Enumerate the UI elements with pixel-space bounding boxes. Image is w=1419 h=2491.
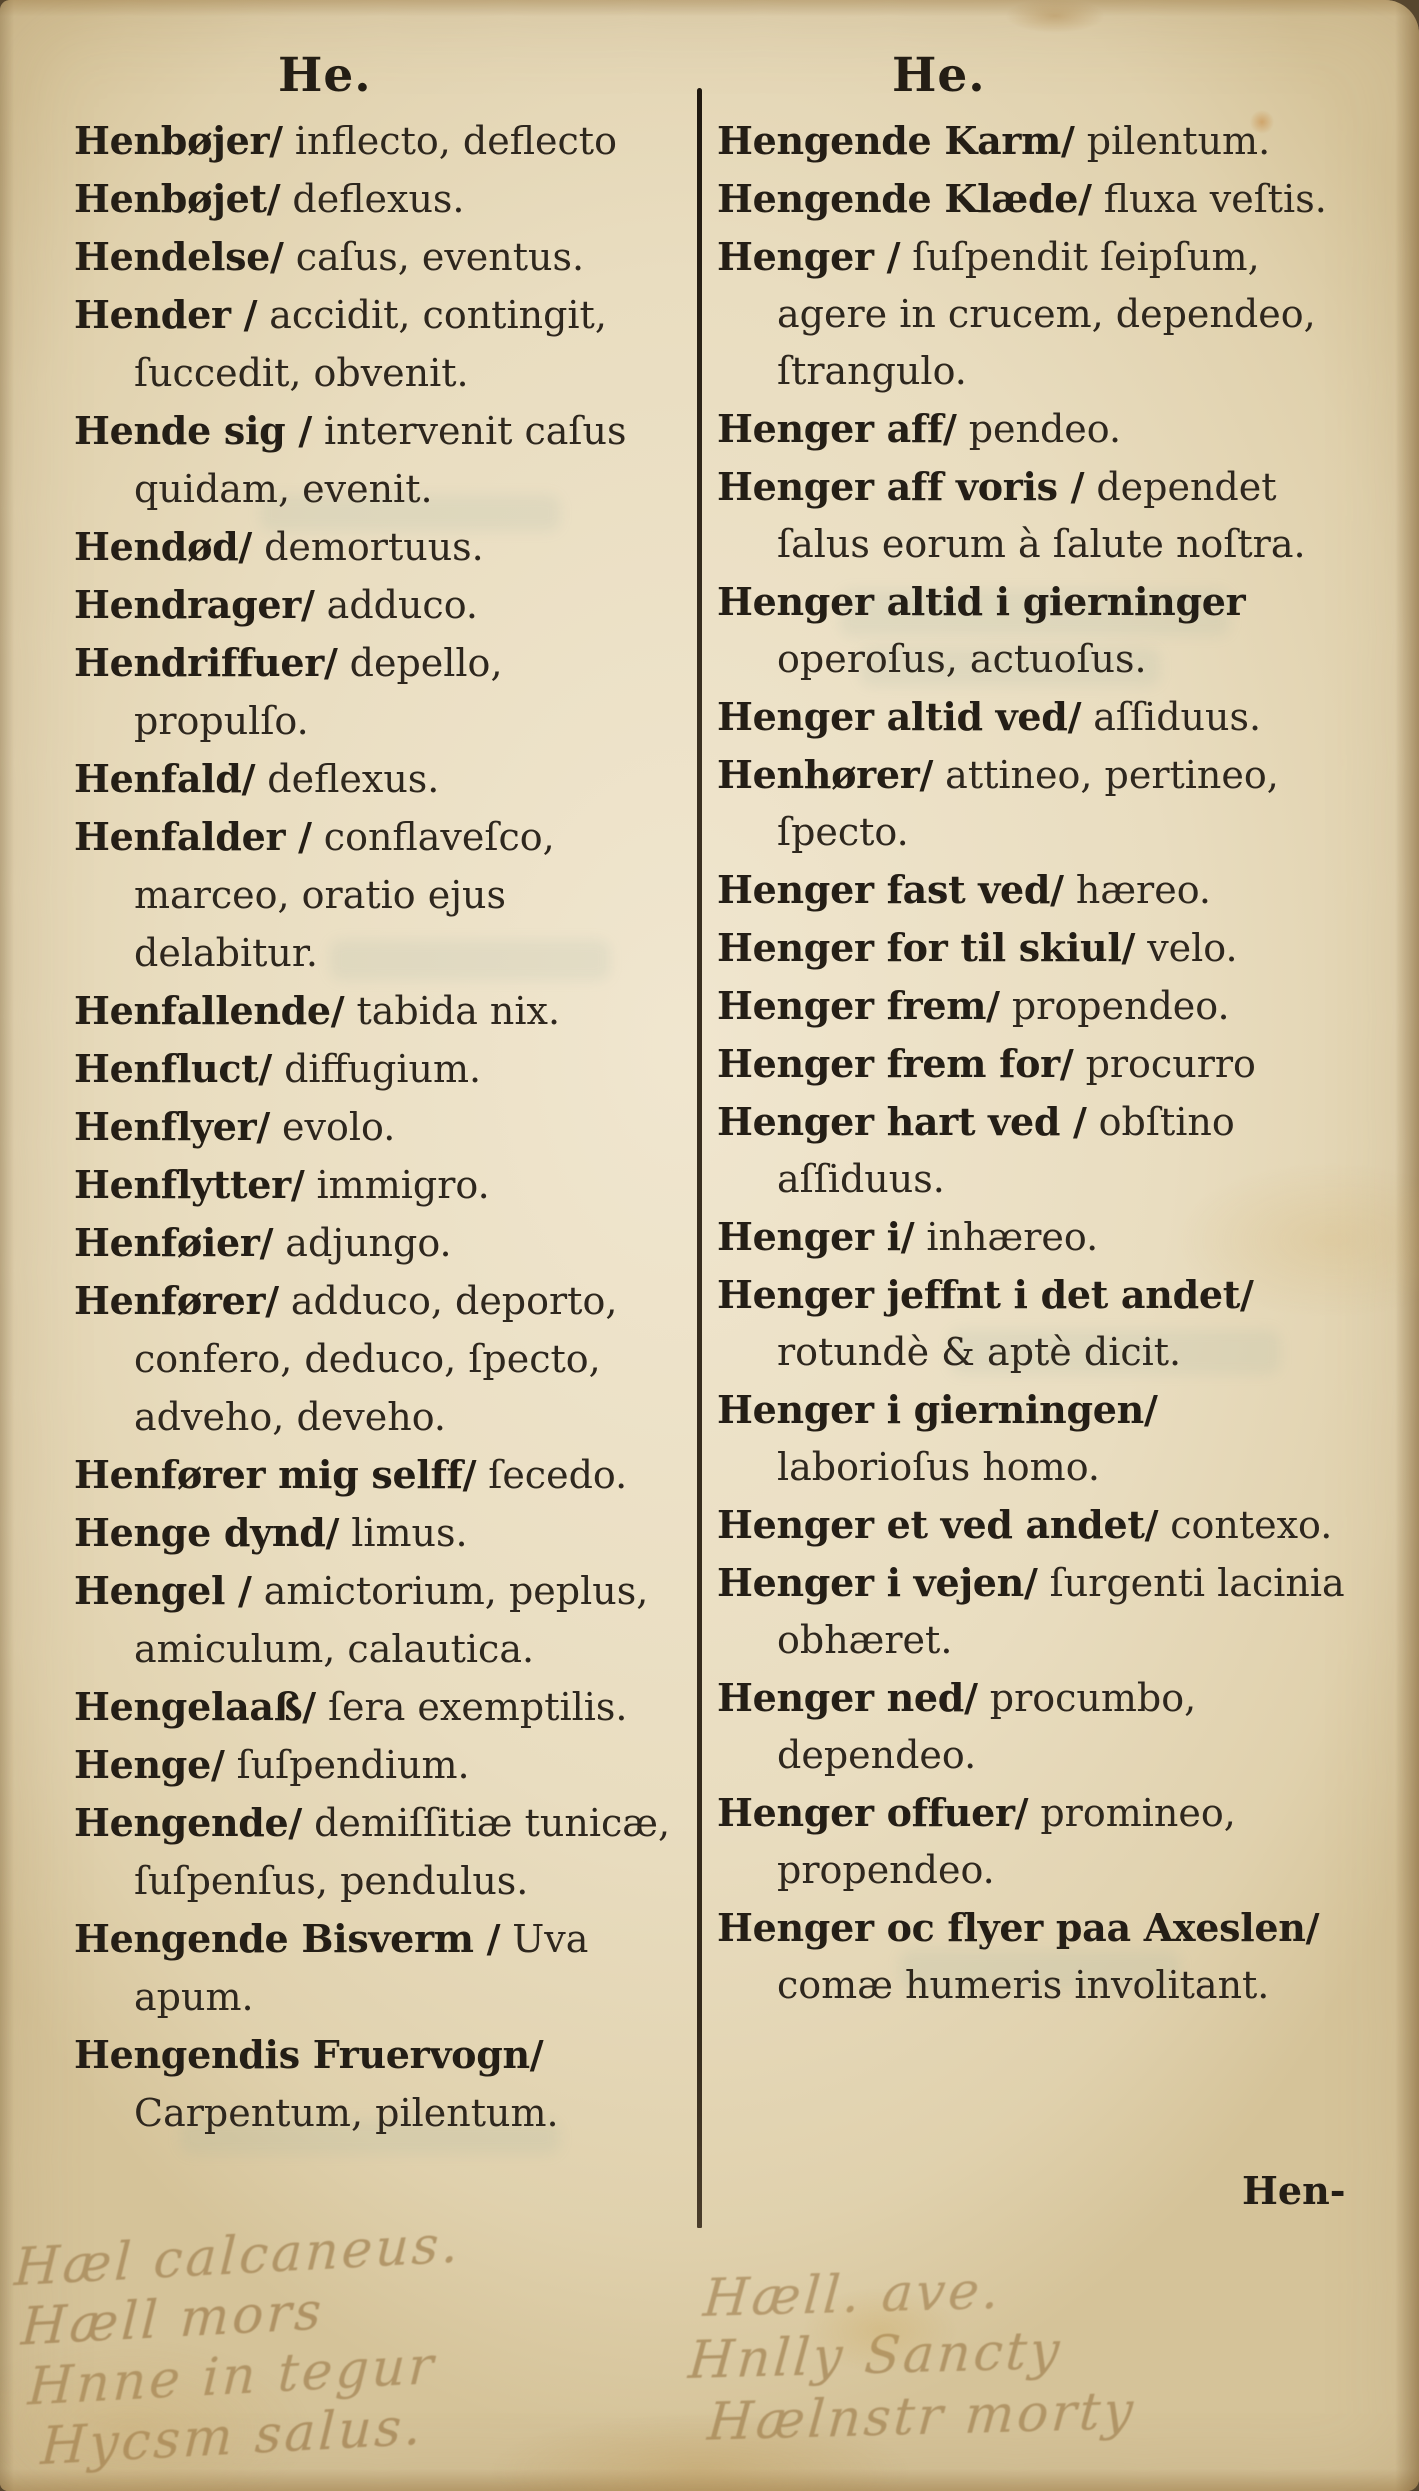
entry-headword: Hender / [74,292,257,337]
entry-headword: Henger offuer/ [717,1790,1028,1835]
dictionary-entry: Hengendis Fruervogn/ Carpentum, pilentum… [74,2026,674,2142]
entry-gloss: deflexus. [255,757,439,801]
entry-headword: Henfører/ [74,1278,279,1323]
dictionary-entry: Henger i vejen/ ſurgenti lacinia obhæret… [717,1554,1355,1669]
entry-headword: Henger jeffnt i det andet/ [717,1272,1254,1317]
dictionary-entry: Henger i/ inhæreo. [717,1208,1355,1266]
dictionary-entry: Henge dynd/ limus. [74,1504,674,1562]
running-head-right: He. [892,48,986,103]
running-head-left: He. [278,48,372,103]
entry-gloss: caſus, eventus. [284,235,584,279]
entry-headword: Henger i gierningen/ [717,1387,1158,1432]
dictionary-entry: Henføier/ adjungo. [74,1214,674,1272]
entry-headword: Henger frem/ [717,983,1000,1028]
dictionary-entry: Henflyer/ evolo. [74,1098,674,1156]
dictionary-entry: Hendød/ demortuus. [74,518,674,576]
dictionary-entry: Henfører mig selff/ ſecedo. [74,1446,674,1504]
dictionary-entry: Henger jeffnt i det andet/ rotundè & apt… [717,1266,1355,1381]
entry-headword: Henfører mig selff/ [74,1452,476,1497]
entry-gloss: immigro. [304,1163,489,1207]
entry-gloss: inflecto, deflecto [283,119,617,163]
handwritten-line: Hæll. ave. [701,2256,1148,2330]
entry-headword: Hengende Bisverm / [74,1916,500,1961]
dictionary-entry: Henge/ ſuſpendium. [74,1736,674,1794]
dictionary-entry: Henflytter/ immigro. [74,1156,674,1214]
entry-headword: Henføier/ [74,1220,273,1265]
entry-headword: Henger fast ved/ [717,867,1064,912]
entry-headword: Henger hart ved / [717,1099,1087,1144]
entry-headword: Hengel / [74,1568,252,1613]
entry-gloss: deflexus. [280,177,464,221]
entry-gloss: aſſiduus. [1081,695,1261,739]
dictionary-entry: Hengelaaß/ ſera exemptilis. [74,1678,674,1736]
dictionary-entry: Henger for til skiul/ velo. [717,919,1355,977]
entry-gloss: procurro [1073,1042,1255,1086]
entry-gloss: propendeo. [1000,984,1230,1028]
right-column: Hengende Karm/ pilentum.Hengende Klæde/ … [717,112,1355,2014]
dictionary-entry: Henfallende/ tabida nix. [74,982,674,1040]
entry-headword: Henbøjet/ [74,176,280,221]
catchword: Hen- [1242,2168,1345,2213]
entry-headword: Henbøjer/ [74,118,283,163]
entry-headword: Hengende Klæde/ [717,176,1092,221]
dictionary-entry: Hengende Bisverm / Uva apum. [74,1910,674,2026]
handwritten-annotation-left: Hæl calcaneus.Hæll morsHnne in tegurHycs… [0,2214,463,2479]
entry-gloss: ſuſpendium. [225,1743,470,1787]
dictionary-entry: Henfører/ adduco, deporto, confero, dedu… [74,1272,674,1446]
dictionary-entry: Henger et ved andet/ contexo. [717,1496,1355,1554]
dictionary-entry: Henger / ſuſpendit ſeipſum, agere in cru… [717,228,1355,400]
entry-gloss: velo. [1135,926,1237,970]
dictionary-entry: Hendriffuer/ depello, propulſo. [74,634,674,750]
dictionary-entry: Henger offuer/ promineo, propendeo. [717,1784,1355,1899]
entry-headword: Henfald/ [74,756,255,801]
entry-gloss: comæ humeris involitant. [777,1963,1269,2007]
entry-headword: Henger aff/ [717,406,957,451]
entry-gloss: hæreo. [1064,868,1211,912]
dictionary-entry: Hengende/ demiſſitiæ tunicæ, ſuſpenſus, … [74,1794,674,1910]
entry-headword: Hengelaaß/ [74,1684,316,1729]
entry-headword: Hengende Karm/ [717,118,1075,163]
dictionary-entry: Henhører/ attineo, pertineo, ſpecto. [717,746,1355,861]
entry-headword: Henger ned/ [717,1675,978,1720]
scanned-dictionary-page: He. He. Henbøjer/ inflecto, deflectoHenb… [0,0,1419,2491]
handwritten-annotation-right: Hæll. ave.Hnlly SanctyHælnstr morty [675,2256,1148,2454]
dictionary-entry: Henger aff/ pendeo. [717,400,1355,458]
entry-gloss: fluxa veſtis. [1092,177,1327,221]
entry-gloss: contexo. [1158,1503,1332,1547]
dictionary-entry: Hengende Klæde/ fluxa veſtis. [717,170,1355,228]
entry-gloss: adjungo. [273,1221,451,1265]
entry-headword: Hengende/ [74,1800,302,1845]
column-divider-rule [697,88,702,2228]
entry-gloss: diffugium. [272,1047,481,1091]
dictionary-entry: Henger aff voris / dependet ſalus eorum … [717,458,1355,573]
entry-headword: Henfalder / [74,814,312,859]
entry-headword: Henger oc flyer paa Axeslen/ [717,1905,1319,1950]
dictionary-entry: Hender / accidit, contingit, ſuccedit, o… [74,286,674,402]
entry-headword: Henfallende/ [74,988,344,1033]
entry-headword: Henger i vejen/ [717,1560,1038,1605]
entry-headword: Henger frem for/ [717,1041,1073,1086]
entry-headword: Henfluct/ [74,1046,272,1091]
dictionary-entry: Hendelse/ caſus, eventus. [74,228,674,286]
entry-headword: Hendriffuer/ [74,640,338,685]
entry-gloss: inhæreo. [914,1215,1098,1259]
entry-gloss: ſera exemptilis. [316,1685,628,1729]
dictionary-entry: Henger ned/ procumbo, dependeo. [717,1669,1355,1784]
entry-headword: Henger altid i gierninger [717,579,1245,624]
dictionary-entry: Henger frem/ propendeo. [717,977,1355,1035]
entry-headword: Henger et ved andet/ [717,1502,1158,1547]
entry-gloss: operoſus, actuoſus. [777,637,1147,681]
dictionary-entry: Henger fast ved/ hæreo. [717,861,1355,919]
entry-headword: Henhører/ [717,752,933,797]
entry-headword: Henge dynd/ [74,1510,339,1555]
entry-gloss: laborioſus homo. [777,1445,1100,1489]
entry-headword: Hengendis Fruervogn/ [74,2032,543,2077]
dictionary-entry: Henger altid ved/ aſſiduus. [717,688,1355,746]
dictionary-entry: Hende sig / intervenit caſus quidam, eve… [74,402,674,518]
entry-headword: Henger for til skiul/ [717,925,1135,970]
entry-gloss: limus. [339,1511,467,1555]
handwritten-line: Hælnstr morty [705,2380,1138,2453]
entry-headword: Hendød/ [74,524,252,569]
entry-headword: Henge/ [74,1742,225,1787]
entry-gloss: demortuus. [252,525,484,569]
entry-headword: Henger aff voris / [717,464,1084,509]
entry-headword: Hendelse/ [74,234,284,279]
entry-gloss: tabida nix. [344,989,560,1033]
dictionary-entry: Henger frem for/ procurro [717,1035,1355,1093]
entry-gloss: evolo. [270,1105,395,1149]
dictionary-entry: Hendrager/ adduco. [74,576,674,634]
dictionary-entry: Henfald/ deflexus. [74,750,674,808]
entry-gloss: adduco. [315,583,478,627]
dictionary-entry: Henger oc flyer paa Axeslen/ comæ humeri… [717,1899,1355,2014]
dictionary-entry: Hengende Karm/ pilentum. [717,112,1355,170]
dictionary-entry: Henfalder / conflaveſco, marceo, oratio … [74,808,674,982]
dictionary-entry: Henger i gierningen/ laborioſus homo. [717,1381,1355,1496]
dictionary-entry: Henger altid i gierninger operoſus, actu… [717,573,1355,688]
dictionary-entry: Henger hart ved / obſtino aſſiduus. [717,1093,1355,1208]
entry-gloss: pilentum. [1075,119,1271,163]
entry-headword: Henger i/ [717,1214,914,1259]
left-column: Henbøjer/ inflecto, deflectoHenbøjet/ de… [74,112,674,2142]
entry-gloss: pendeo. [957,407,1121,451]
dictionary-entry: Henbøjer/ inflecto, deflecto [74,112,674,170]
entry-headword: Hende sig / [74,408,312,453]
entry-headword: Henflyer/ [74,1104,270,1149]
entry-gloss: Carpentum, pilentum. [134,2091,559,2135]
entry-gloss: ſecedo. [476,1453,627,1497]
entry-headword: Henger altid ved/ [717,694,1081,739]
entry-headword: Henflytter/ [74,1162,304,1207]
dictionary-entry: Henbøjet/ deflexus. [74,170,674,228]
entry-headword: Henger / [717,234,900,279]
dictionary-entry: Hengel / amictorium, peplus, amiculum, c… [74,1562,674,1678]
entry-gloss: rotundè & aptè dicit. [777,1330,1181,1374]
entry-headword: Hendrager/ [74,582,315,627]
dictionary-entry: Henfluct/ diffugium. [74,1040,674,1098]
